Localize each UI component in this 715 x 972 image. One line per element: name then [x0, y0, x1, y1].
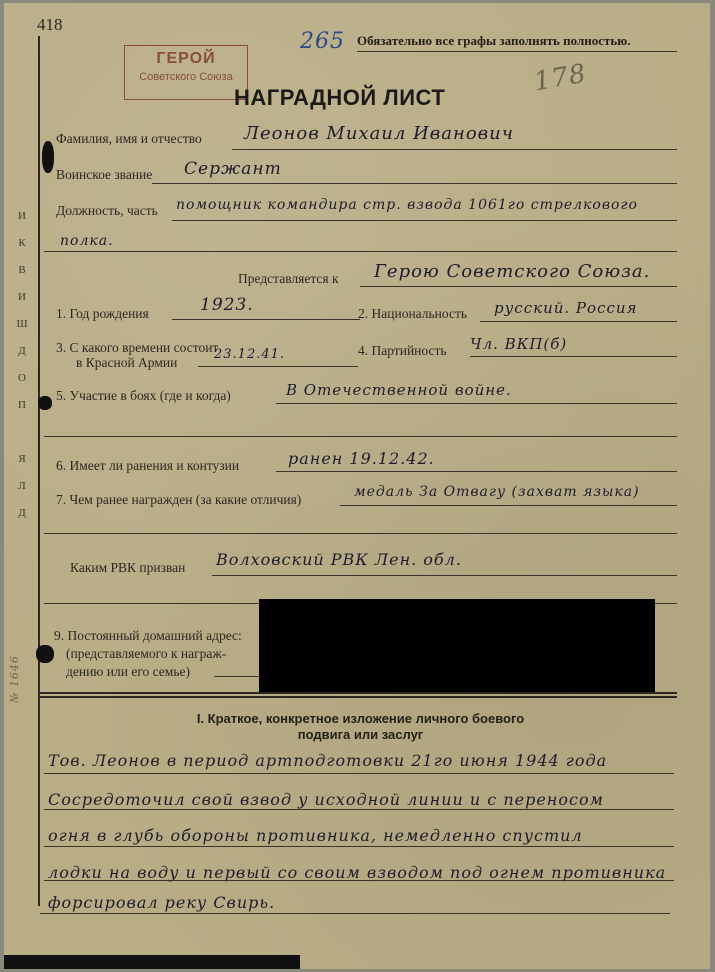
- double-rule: [40, 696, 677, 698]
- rule: [44, 533, 677, 534]
- birth-year-value: 1923.: [200, 295, 254, 315]
- rule: [214, 676, 264, 677]
- rank-value: Сержант: [184, 159, 282, 179]
- award-sheet: 418 265 178 ГЕРОЙ Советского Союза Обяза…: [4, 3, 710, 969]
- narrative-line: Тов. Леонов в период артподготовки 21го …: [48, 751, 607, 770]
- ink-blot: [36, 645, 54, 663]
- double-rule: [40, 692, 677, 694]
- battles-value: В Отечественной войне.: [286, 381, 512, 399]
- rule: [44, 251, 677, 252]
- scan-edge-shadow: [4, 955, 300, 969]
- narrative-line: огня в глубь обороны противника, немедле…: [48, 826, 583, 845]
- rule: [40, 913, 670, 914]
- party-value: Чл. ВКП(б): [470, 335, 567, 353]
- battles-label: 5. Участие в боях (где и когда): [56, 388, 231, 404]
- rvk-label: Каким РВК призван: [70, 560, 185, 576]
- redacted-address: [259, 599, 655, 694]
- position-label: Должность, часть: [56, 203, 158, 219]
- rule: [44, 846, 674, 847]
- fill-notice: Обязательно все графы заполнять полность…: [357, 33, 630, 49]
- stamp-line2: Советского Союза: [125, 71, 247, 83]
- stamp-line1: ГЕРОЙ: [125, 50, 247, 68]
- rule: [44, 773, 674, 774]
- wounds-value: ранен 19.12.42.: [288, 449, 435, 468]
- full-name-value: Леонов Михаил Иванович: [244, 123, 514, 144]
- nominated-label: Представляется к: [238, 271, 339, 287]
- prior-awards-label: 7. Чем ранее награжден (за какие отличия…: [56, 492, 301, 508]
- rule: [44, 436, 677, 437]
- nationality-label: 2. Национальность: [358, 306, 467, 322]
- margin-rule: [38, 36, 40, 906]
- birth-year-label: 1. Год рождения: [56, 306, 149, 322]
- margin-label: ИКВИШДОП ЯЛД: [12, 203, 32, 527]
- ink-blot: [42, 141, 54, 173]
- rule: [276, 471, 677, 472]
- address-label-1: 9. Постоянный домашний адрес:: [54, 628, 242, 644]
- notice-underline: [357, 51, 677, 52]
- rule: [212, 575, 677, 576]
- rule: [480, 321, 677, 322]
- side-number: № 1646: [8, 655, 21, 703]
- position-value: помощник командира стр. взвода 1061го ст…: [176, 197, 638, 213]
- rule: [340, 505, 677, 506]
- narrative-line: Сосредоточил свой взвод у исходной линии…: [48, 790, 604, 809]
- army-since-value: 23.12.41.: [214, 347, 285, 362]
- address-label-3: дению или его семье): [66, 664, 190, 680]
- army-since-label-2: в Красной Армии: [76, 355, 177, 371]
- hero-stamp: ГЕРОЙ Советского Союза: [124, 45, 248, 100]
- rank-label: Воинское звание: [56, 167, 152, 183]
- page-title: НАГРАДНОЙ ЛИСТ: [234, 85, 445, 111]
- ink-blot: [38, 396, 52, 410]
- rvk-value: Волховский РВК Лен. обл.: [216, 550, 462, 569]
- army-since-label-1: 3. С какого времени состоит: [56, 340, 218, 356]
- rule: [470, 356, 677, 357]
- section-title-2: подвига или заслуг: [44, 727, 677, 742]
- section-title-1: I. Краткое, конкретное изложение личного…: [44, 711, 677, 726]
- sheet-number: 418: [37, 15, 63, 35]
- narrative-line: форсировал реку Свирь.: [48, 893, 275, 912]
- rule: [198, 366, 358, 367]
- rule: [276, 403, 677, 404]
- rule: [360, 286, 677, 287]
- address-label-2: (представляемого к награж-: [66, 646, 226, 662]
- rule: [152, 183, 677, 184]
- blue-number: 265: [300, 29, 345, 54]
- rule: [232, 149, 677, 150]
- rule: [172, 319, 360, 320]
- rule: [44, 809, 674, 810]
- party-label: 4. Партийность: [358, 343, 447, 359]
- position-value-cont: полка.: [60, 233, 114, 249]
- full-name-label: Фамилия, имя и отчество: [56, 131, 202, 147]
- pencil-number: 178: [532, 59, 589, 98]
- nominated-value: Герою Советского Союза.: [374, 261, 650, 282]
- rule: [172, 220, 677, 221]
- wounds-label: 6. Имеет ли ранения и контузии: [56, 458, 239, 474]
- prior-awards-value: медаль За Отвагу (захват языка): [354, 484, 640, 500]
- nationality-value: русский. Россия: [494, 299, 637, 317]
- rule: [44, 880, 674, 881]
